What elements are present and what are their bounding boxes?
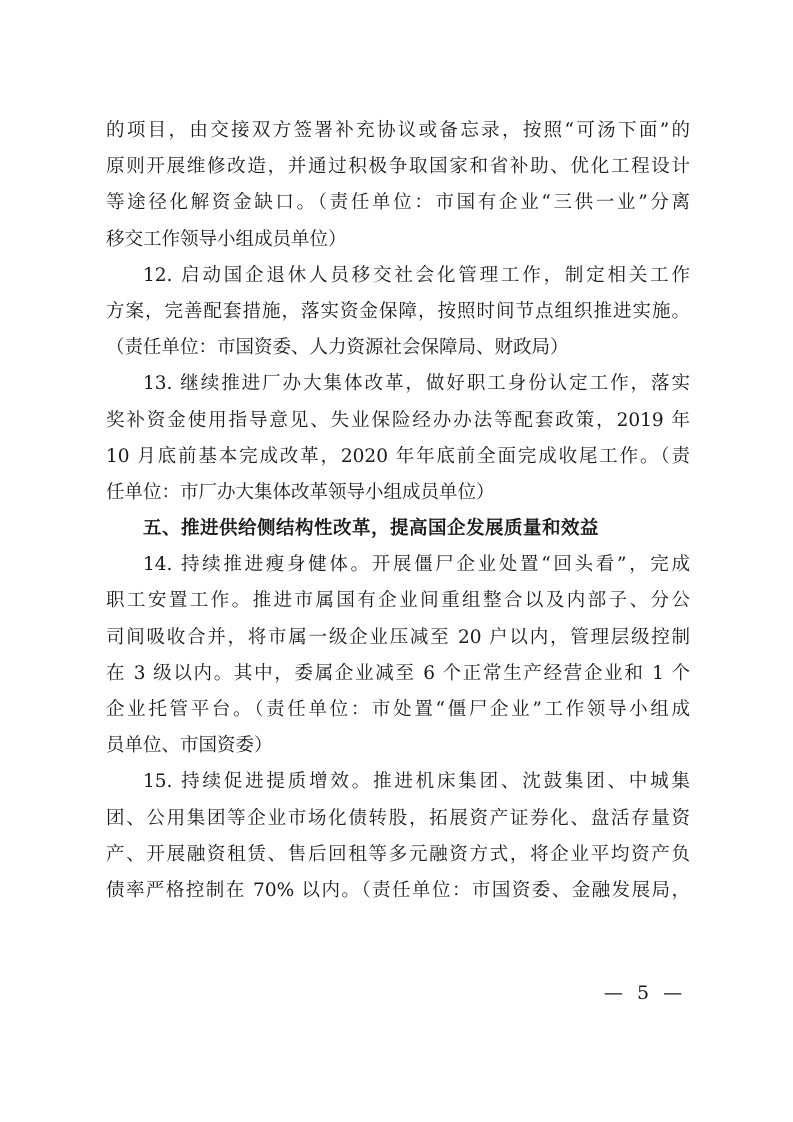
text-line: 员单位、市国资委） [106,728,690,764]
text-line: 15. 持续促进提质增效。推进机床集团、沈鼓集团、中城集 [106,764,690,800]
page-number: — 5 — [600,978,690,1008]
text-line: 司间吸收合并，将市属一级企业压减至 20 户以内，管理层级控制 [106,620,690,656]
paragraph-item-14: 14. 持续推进瘦身健体。开展僵尸企业处置“回头看”，完成 职工安置工作。推进市… [106,547,690,764]
text-line: （责任单位：市国资委、人力资源社会保障局、财政局） [106,330,690,366]
text-line: 奖补资金使用指导意见、失业保险经办办法等配套政策，2019 年 [106,403,690,439]
text-line: 的项目，由交接双方签署补充协议或备忘录，按照“可汤下面”的 [106,113,690,149]
text-line: 团、公用集团等企业市场化债转股，拓展资产证券化、盘活存量资 [106,801,690,837]
paragraph-item-13: 13. 继续推进厂办大集体改革，做好职工身份认定工作，落实 奖补资金使用指导意见… [106,366,690,511]
text-line: 债率严格控制在 70% 以内。（责任单位：市国资委、金融发展局， [106,873,690,909]
text-line: 原则开展维修改造，并通过积极争取国家和省补助、优化工程设计 [106,149,690,185]
text-line: 12. 启动国企退休人员移交社会化管理工作，制定相关工作 [106,258,690,294]
section-heading: 五、推进供给侧结构性改革，提高国企发展质量和效益 [106,511,690,547]
text-line: 方案，完善配套措施，落实资金保障，按照时间节点组织推进实施。 [106,294,690,330]
text-line: 13. 继续推进厂办大集体改革，做好职工身份认定工作，落实 [106,366,690,402]
text-line: 10 月底前基本完成改革，2020 年年底前全面完成收尾工作。（责 [106,439,690,475]
text-line: 14. 持续推进瘦身健体。开展僵尸企业处置“回头看”，完成 [106,547,690,583]
paragraph-11-continuation: 的项目，由交接双方签署补充协议或备忘录，按照“可汤下面”的 原则开展维修改造，并… [106,113,690,258]
text-line: 企业托管平台。（责任单位：市处置“僵尸企业”工作领导小组成 [106,692,690,728]
text-line: 等途径化解资金缺口。（责任单位：市国有企业“三供一业”分离 [106,185,690,221]
section-heading-5: 五、推进供给侧结构性改革，提高国企发展质量和效益 [106,511,690,547]
paragraph-item-12: 12. 启动国企退休人员移交社会化管理工作，制定相关工作 方案，完善配套措施，落… [106,258,690,367]
paragraph-item-15: 15. 持续促进提质增效。推进机床集团、沈鼓集团、中城集 团、公用集团等企业市场… [106,764,690,909]
text-line: 职工安置工作。推进市属国有企业间重组整合以及内部子、分公 [106,583,690,619]
text-line: 在 3 级以内。其中，委属企业减至 6 个正常生产经营企业和 1 个 [106,656,690,692]
body-text: 的项目，由交接双方签署补充协议或备忘录，按照“可汤下面”的 原则开展维修改造，并… [106,113,690,909]
text-line: 移交工作领导小组成员单位） [106,222,690,258]
text-line: 任单位：市厂办大集体改革领导小组成员单位） [106,475,690,511]
text-line: 产、开展融资租赁、售后回租等多元融资方式，将企业平均资产负 [106,837,690,873]
document-page: 的项目，由交接双方签署补充协议或备忘录，按照“可汤下面”的 原则开展维修改造，并… [0,0,793,1122]
